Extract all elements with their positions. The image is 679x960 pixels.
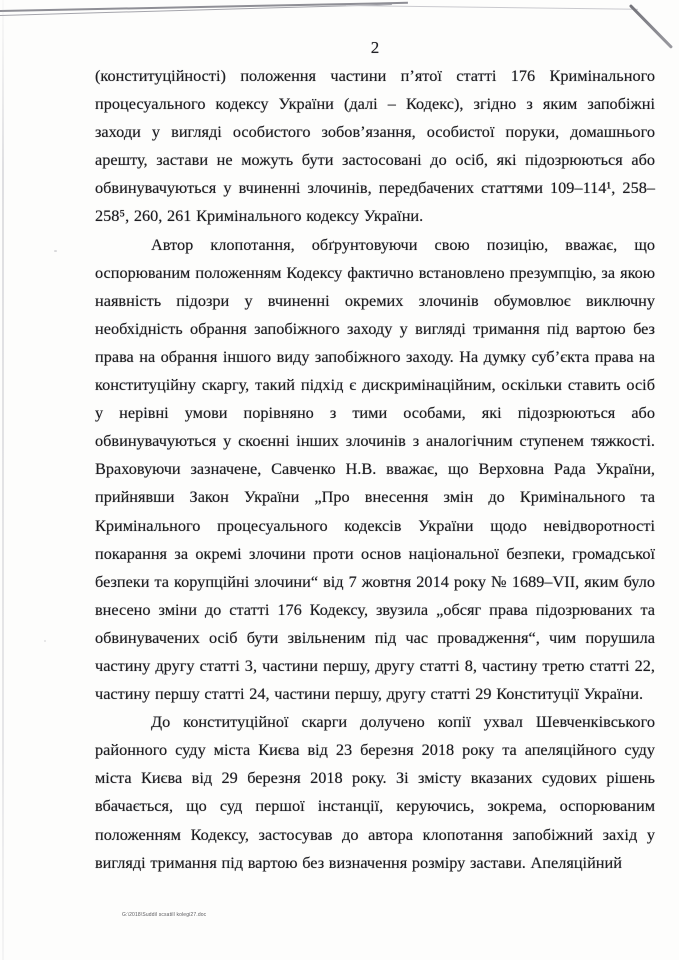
scanned-document-page: 2 (конституційності) положення частини п… — [0, 0, 679, 960]
file-path-footer: G:\2018\Suddil scsatill kolegi27.doc — [122, 912, 206, 918]
scan-edge-line-left — [2, 0, 4, 960]
scan-speck — [44, 640, 46, 642]
paragraph: До конституційної скарги долучено копії … — [95, 708, 655, 877]
paragraph: Автор клопотання, обґрунтовуючи свою поз… — [95, 231, 655, 709]
page-number: 2 — [95, 38, 655, 58]
paragraph-continuation: (конституційності) положення частини п’я… — [95, 62, 655, 231]
scan-speck — [54, 250, 57, 252]
scan-edge-line-top-faint — [346, 5, 638, 10]
document-body: (конституційності) положення частини п’я… — [95, 62, 655, 877]
